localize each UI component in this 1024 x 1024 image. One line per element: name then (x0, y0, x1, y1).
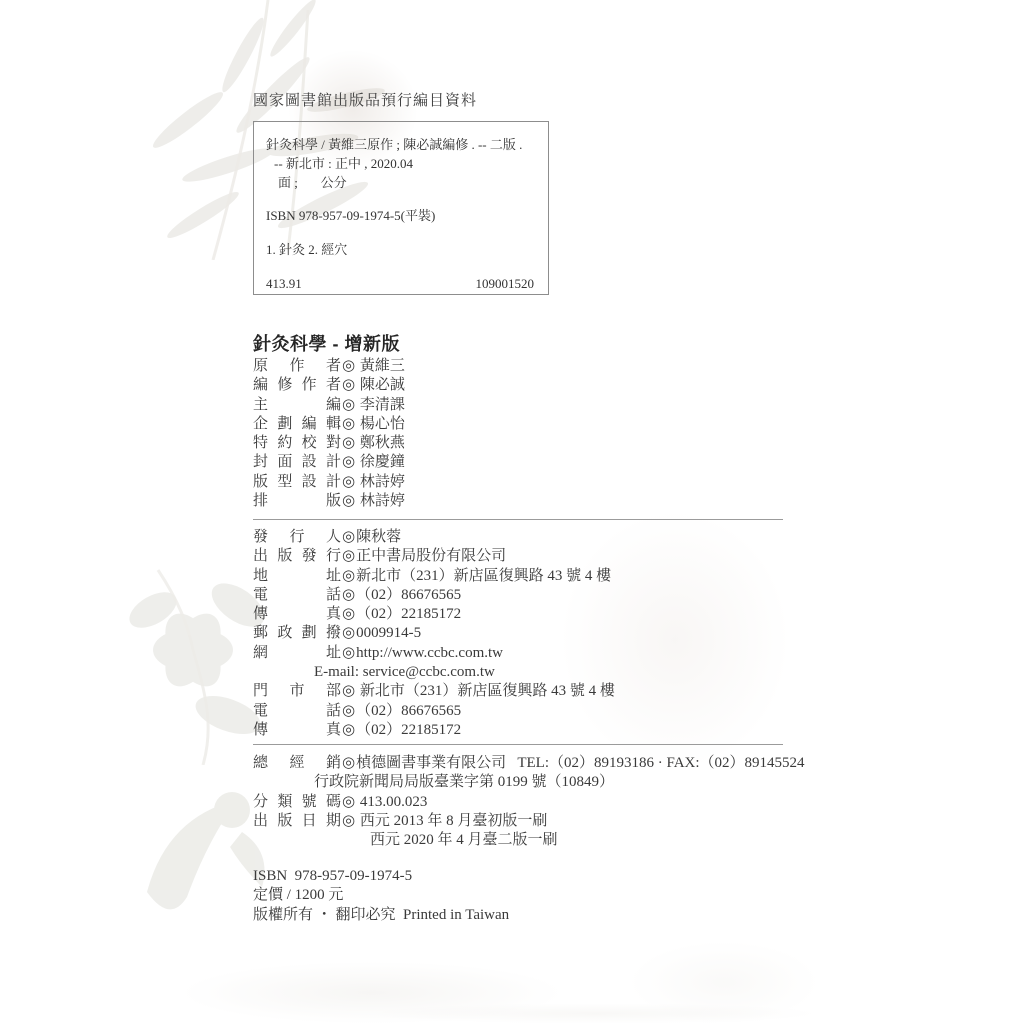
publisher-row: 出版發行◎正中書局股份有限公司 (253, 547, 615, 566)
credit-row: 特約校對◎ 鄭秋燕 (253, 434, 405, 453)
credit-label: 特約校對 (253, 434, 341, 453)
separator: ◎ (341, 473, 356, 492)
email-line: E-mail: service@ccbc.com.tw (253, 663, 615, 682)
distributor-label: 總經銷 (253, 754, 341, 773)
publisher-value: 0009914-5 (356, 624, 421, 643)
publisher-label: 發行人 (253, 528, 341, 547)
cip-subjects: 1. 針灸 2. 經穴 (254, 240, 548, 259)
publisher-label: 傳真 (253, 721, 341, 740)
publisher-label: 門市部 (253, 682, 341, 701)
publish-date-row: 出版日期◎ 西元 2013 年 8 月臺初版一刷 (253, 812, 805, 831)
separator: ◎ (341, 376, 356, 395)
classification-row: 分類號碼◎ 413.00.023 (253, 793, 805, 812)
credit-label: 排版 (253, 492, 341, 511)
publish-date-label: 出版日期 (253, 812, 341, 831)
credit-row: 編修作者◎ 陳必誠 (253, 376, 405, 395)
website-url: http://www.ccbc.com.tw (356, 644, 503, 663)
distribution-section: 總經銷◎楨德圖書事業有限公司 TEL:（02）89193186 · FAX:（0… (253, 754, 805, 850)
credit-row: 版型設計◎ 林詩婷 (253, 473, 405, 492)
separator: ◎ (341, 624, 356, 643)
credit-value: 李清課 (356, 396, 405, 415)
credit-value: 鄭秋燕 (356, 434, 405, 453)
separator: ◎ (341, 721, 356, 740)
cip-line: 針灸科學 / 黃維三原作 ; 陳必誠編修 . -- 二版 . (254, 135, 548, 154)
publisher-value: 正中書局股份有限公司 (356, 547, 506, 566)
credit-value: 黃維三 (356, 357, 405, 376)
footer-section: ISBN 978-957-09-1974-5 定價 / 1200 元 版權所有 … (253, 867, 509, 925)
publisher-section: 發行人◎陳秋蓉 出版發行◎正中書局股份有限公司 地址◎新北市（231）新店區復興… (253, 528, 615, 740)
credit-row: 主編◎ 李清課 (253, 396, 405, 415)
separator: ◎ (341, 586, 356, 605)
copyright-line: 版權所有 ・ 翻印必究 Printed in Taiwan (253, 906, 509, 925)
credit-value: 陳必誠 (356, 376, 405, 395)
publisher-value: （02）86676565 (356, 702, 461, 721)
publisher-row: 網址◎http://www.ccbc.com.tw (253, 644, 615, 663)
separator: ◎ (341, 492, 356, 511)
separator: ◎ (341, 812, 356, 831)
classification-label: 分類號碼 (253, 793, 341, 812)
separator: ◎ (341, 754, 356, 773)
isbn-line: ISBN 978-957-09-1974-5 (253, 867, 509, 886)
credit-label: 版型設計 (253, 473, 341, 492)
credit-label: 原作者 (253, 357, 341, 376)
cip-line: 面 ; 公分 (254, 173, 548, 192)
classification-value: 413.00.023 (356, 793, 427, 812)
publisher-label: 電話 (253, 702, 341, 721)
separator: ◎ (341, 396, 356, 415)
credit-label: 企劃編輯 (253, 415, 341, 434)
credit-value: 林詩婷 (356, 473, 405, 492)
price-line: 定價 / 1200 元 (253, 886, 509, 905)
edition-line: 西元 2020 年 4 月臺二版一刷 (253, 831, 805, 850)
publisher-label: 地址 (253, 567, 341, 586)
cip-class-row: 413.91 109001520 (254, 274, 548, 293)
separator: ◎ (341, 682, 356, 701)
publish-date-value: 西元 2013 年 8 月臺初版一刷 (356, 812, 547, 831)
separator: ◎ (341, 547, 356, 566)
publisher-value: 新北市（231）新店區復興路 43 號 4 樓 (356, 567, 611, 586)
separator: ◎ (341, 605, 356, 624)
distributor-value: 楨德圖書事業有限公司 TEL:（02）89193186 · FAX:（02）89… (356, 754, 804, 773)
publisher-row: 電話◎（02）86676565 (253, 702, 615, 721)
publisher-value: （02）22185172 (356, 605, 461, 624)
distributor-row: 總經銷◎楨德圖書事業有限公司 TEL:（02）89193186 · FAX:（0… (253, 754, 805, 773)
credit-value: 楊心怡 (356, 415, 405, 434)
publisher-value: （02）86676565 (356, 586, 461, 605)
credit-row: 企劃編輯◎ 楊心怡 (253, 415, 405, 434)
credit-value: 林詩婷 (356, 492, 405, 511)
cip-box: 針灸科學 / 黃維三原作 ; 陳必誠編修 . -- 二版 . -- 新北市 : … (253, 121, 549, 295)
separator: ◎ (341, 357, 356, 376)
publisher-label: 電話 (253, 586, 341, 605)
publisher-label: 出版發行 (253, 547, 341, 566)
publisher-label: 郵政劃撥 (253, 624, 341, 643)
publisher-row: 傳真◎（02）22185172 (253, 605, 615, 624)
cip-isbn: ISBN 978-957-09-1974-5(平裝) (254, 206, 548, 225)
separator: ◎ (341, 434, 356, 453)
cip-line: -- 新北市 : 正中 , 2020.04 (254, 154, 548, 173)
separator: ◎ (341, 702, 356, 721)
publisher-label: 傳真 (253, 605, 341, 624)
credits-section: 原作者◎ 黃維三 編修作者◎ 陳必誠 主編◎ 李清課 企劃編輯◎ 楊心怡 特約校… (253, 357, 405, 511)
credit-value: 徐慶鐘 (356, 453, 405, 472)
divider (253, 744, 783, 745)
publisher-row: 地址◎新北市（231）新店區復興路 43 號 4 樓 (253, 567, 615, 586)
credit-row: 排版◎ 林詩婷 (253, 492, 405, 511)
publisher-value: 陳秋蓉 (356, 528, 401, 547)
credit-label: 編修作者 (253, 376, 341, 395)
separator: ◎ (341, 528, 356, 547)
separator: ◎ (341, 415, 356, 434)
cip-heading: 國家圖書館出版品預行編目資料 (253, 89, 477, 110)
divider (253, 519, 783, 520)
cip-record-number: 109001520 (476, 274, 535, 293)
credit-row: 原作者◎ 黃維三 (253, 357, 405, 376)
separator: ◎ (341, 453, 356, 472)
credit-label: 主編 (253, 396, 341, 415)
publisher-row: 電話◎（02）86676565 (253, 586, 615, 605)
publisher-label: 網址 (253, 644, 341, 663)
foliage-watermark (180, 920, 820, 1024)
publisher-row: 傳真◎（02）22185172 (253, 721, 615, 740)
cip-class-number: 413.91 (266, 274, 302, 293)
publisher-row: 郵政劃撥◎0009914-5 (253, 624, 615, 643)
credit-label: 封面設計 (253, 453, 341, 472)
publisher-row: 門市部◎ 新北市（231）新店區復興路 43 號 4 樓 (253, 682, 615, 701)
publisher-row: 發行人◎陳秋蓉 (253, 528, 615, 547)
license-line: 行政院新聞局局版臺業字第 0199 號（10849） (253, 773, 805, 792)
credit-row: 封面設計◎ 徐慶鐘 (253, 453, 405, 472)
book-title: 針灸科學 - 增新版 (253, 330, 400, 356)
separator: ◎ (341, 644, 356, 663)
publisher-value: 新北市（231）新店區復興路 43 號 4 樓 (356, 682, 615, 701)
separator: ◎ (341, 567, 356, 586)
publisher-value: （02）22185172 (356, 721, 461, 740)
separator: ◎ (341, 793, 356, 812)
